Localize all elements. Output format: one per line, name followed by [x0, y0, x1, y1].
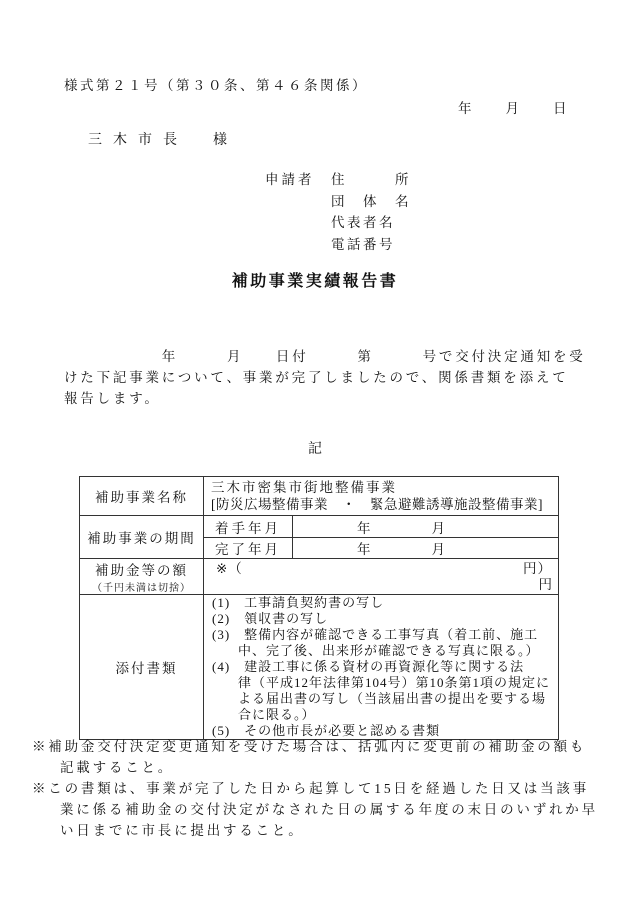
end-month-label: 月 [432, 542, 446, 557]
applicant-field-address: 住 所 [331, 169, 411, 191]
body-line-2: けた下記事業について、事業が完了しましたので、関係書類を添えて [64, 367, 586, 388]
row-project-name: 補助事業名称 三木市密集市街地整備事業 [防災広場整備事業 ・ 緊急避難誘導施設… [80, 477, 559, 516]
project-name-label: 補助事業名称 [80, 477, 204, 516]
row-subsidy-amount: 補助金等の額 （千円未満は切捨） ※（ 円） 円 [80, 559, 559, 595]
end-date-label: 完了年月 [204, 538, 293, 559]
date-month-label: 月 [506, 101, 520, 116]
attachment-item-1: (1) 工事請負契約書の写し [204, 595, 558, 611]
report-table: 補助事業名称 三木市密集市街地整備事業 [防災広場整備事業 ・ 緊急避難誘導施設… [79, 476, 559, 740]
footnote-1-line1: ※補助金交付決定変更通知を受けた場合は、括弧内に変更前の補助金の額も [32, 736, 598, 757]
project-name-value: 三木市密集市街地整備事業 [防災広場整備事業 ・ 緊急避難誘導施設整備事業] [204, 477, 559, 516]
date-day-label: 日 [553, 101, 567, 116]
end-date-field: 年月 [293, 538, 559, 559]
footnote-1-line2: 記載すること。 [32, 757, 598, 778]
subsidy-amount-line1: ※（ 円） [204, 560, 558, 577]
attachment-item-2: (2) 領収書の写し [204, 611, 558, 627]
attachment-item-4: (4) 建設工事に係る資材の再資源化等に関する法 [204, 659, 558, 675]
footnote-2-line1: ※この書類は、事業が完了した日から起算して15日を経過した日又は当該事 [32, 778, 598, 799]
applicant-block: 申請者 住 所 団 体 名 代表者名 電話番号 [265, 169, 411, 255]
applicant-label: 申請者 [265, 169, 331, 191]
project-name-line1: 三木市密集市街地整備事業 [211, 479, 554, 496]
amount-paren-open: ※（ [216, 561, 243, 577]
attachment-item-3-cont: 中、完了後、出来形が確認できる写真に限る。） [204, 643, 558, 659]
project-period-label: 補助事業の期間 [80, 516, 204, 559]
start-date-field: 年月 [293, 516, 559, 538]
date-year-label: 年 [458, 101, 472, 116]
applicant-field-representative: 代表者名 [331, 212, 395, 234]
form-number: 様式第２１号（第３０条、第４６条関係） [64, 74, 368, 94]
applicant-row-phone: 電話番号 [265, 234, 411, 256]
addressee-line: 三木市長様 [88, 129, 227, 149]
amount-paren-close: 円） [523, 561, 552, 577]
subsidy-amount-label-main: 補助金等の額 [95, 563, 188, 578]
attachment-item-4-cont2: よる届出書の写し（当該届出書の提出を要する場 [204, 691, 558, 707]
applicant-label-spacer [265, 234, 331, 256]
subsidy-amount-field: ※（ 円） 円 [204, 559, 559, 595]
document-title: 補助事業実績報告書 [0, 268, 630, 291]
applicant-field-org-name: 団 体 名 [331, 191, 411, 213]
body-line-3: 報告します。 [64, 388, 586, 409]
attachment-item-4-cont1: 律（平成12年法律第104号）第10条第1項の規定に [204, 675, 558, 691]
subsidy-amount-label: 補助金等の額 （千円未満は切捨） [80, 559, 204, 595]
attachment-item-3: (3) 整備内容が確認できる工事写真（着工前、施工 [204, 627, 558, 643]
row-attachments: 添付書類 (1) 工事請負契約書の写し (2) 領収書の写し (3) 整備内容が… [80, 595, 559, 740]
body-paragraph: 年 月 日付 第 号で交付決定通知を受 けた下記事業について、事業が完了しました… [64, 346, 586, 409]
ki-marker: 記 [0, 438, 630, 458]
start-date-label: 着手年月 [204, 516, 293, 538]
attachment-item-4-cont3: 合に限る。） [204, 707, 558, 723]
applicant-label-spacer [265, 212, 331, 234]
end-year-label: 年 [357, 542, 371, 557]
report-table-grid: 補助事業名称 三木市密集市街地整備事業 [防災広場整備事業 ・ 緊急避難誘導施設… [79, 476, 559, 740]
footnotes: ※補助金交付決定変更通知を受けた場合は、括弧内に変更前の補助金の額も 記載するこ… [32, 736, 598, 841]
footnote-2-line2: 業に係る補助金の交付決定がなされた日の属する年度の末日のいずれか早 [32, 799, 598, 820]
subsidy-amount-line2: 円 [204, 577, 558, 593]
subsidy-amount-label-note: （千円未満は切捨） [80, 579, 203, 594]
applicant-field-phone: 電話番号 [331, 234, 395, 256]
date-line: 年月日 [458, 97, 567, 117]
footnote-2-line3: い日までに市長に提出すること。 [32, 820, 598, 841]
applicant-row-address: 申請者 住 所 [265, 169, 411, 191]
applicant-row-org: 団 体 名 [265, 191, 411, 213]
start-year-label: 年 [357, 521, 371, 536]
applicant-row-representative: 代表者名 [265, 212, 411, 234]
applicant-label-spacer [265, 191, 331, 213]
addressee-honorific: 様 [213, 133, 227, 148]
body-line-1: 年 月 日付 第 号で交付決定通知を受 [64, 346, 586, 367]
attachments-label: 添付書類 [80, 595, 204, 740]
attachments-list: (1) 工事請負契約書の写し (2) 領収書の写し (3) 整備内容が確認できる… [204, 595, 559, 740]
project-name-line2: [防災広場整備事業 ・ 緊急避難誘導施設整備事業] [211, 496, 554, 513]
addressee-name: 三木市長 [88, 133, 188, 148]
start-month-label: 月 [432, 521, 446, 536]
document-page: 様式第２１号（第３０条、第４６条関係） 年月日 三木市長様 申請者 住 所 団 … [0, 0, 630, 903]
row-period-start: 補助事業の期間 着手年月 年月 [80, 516, 559, 538]
